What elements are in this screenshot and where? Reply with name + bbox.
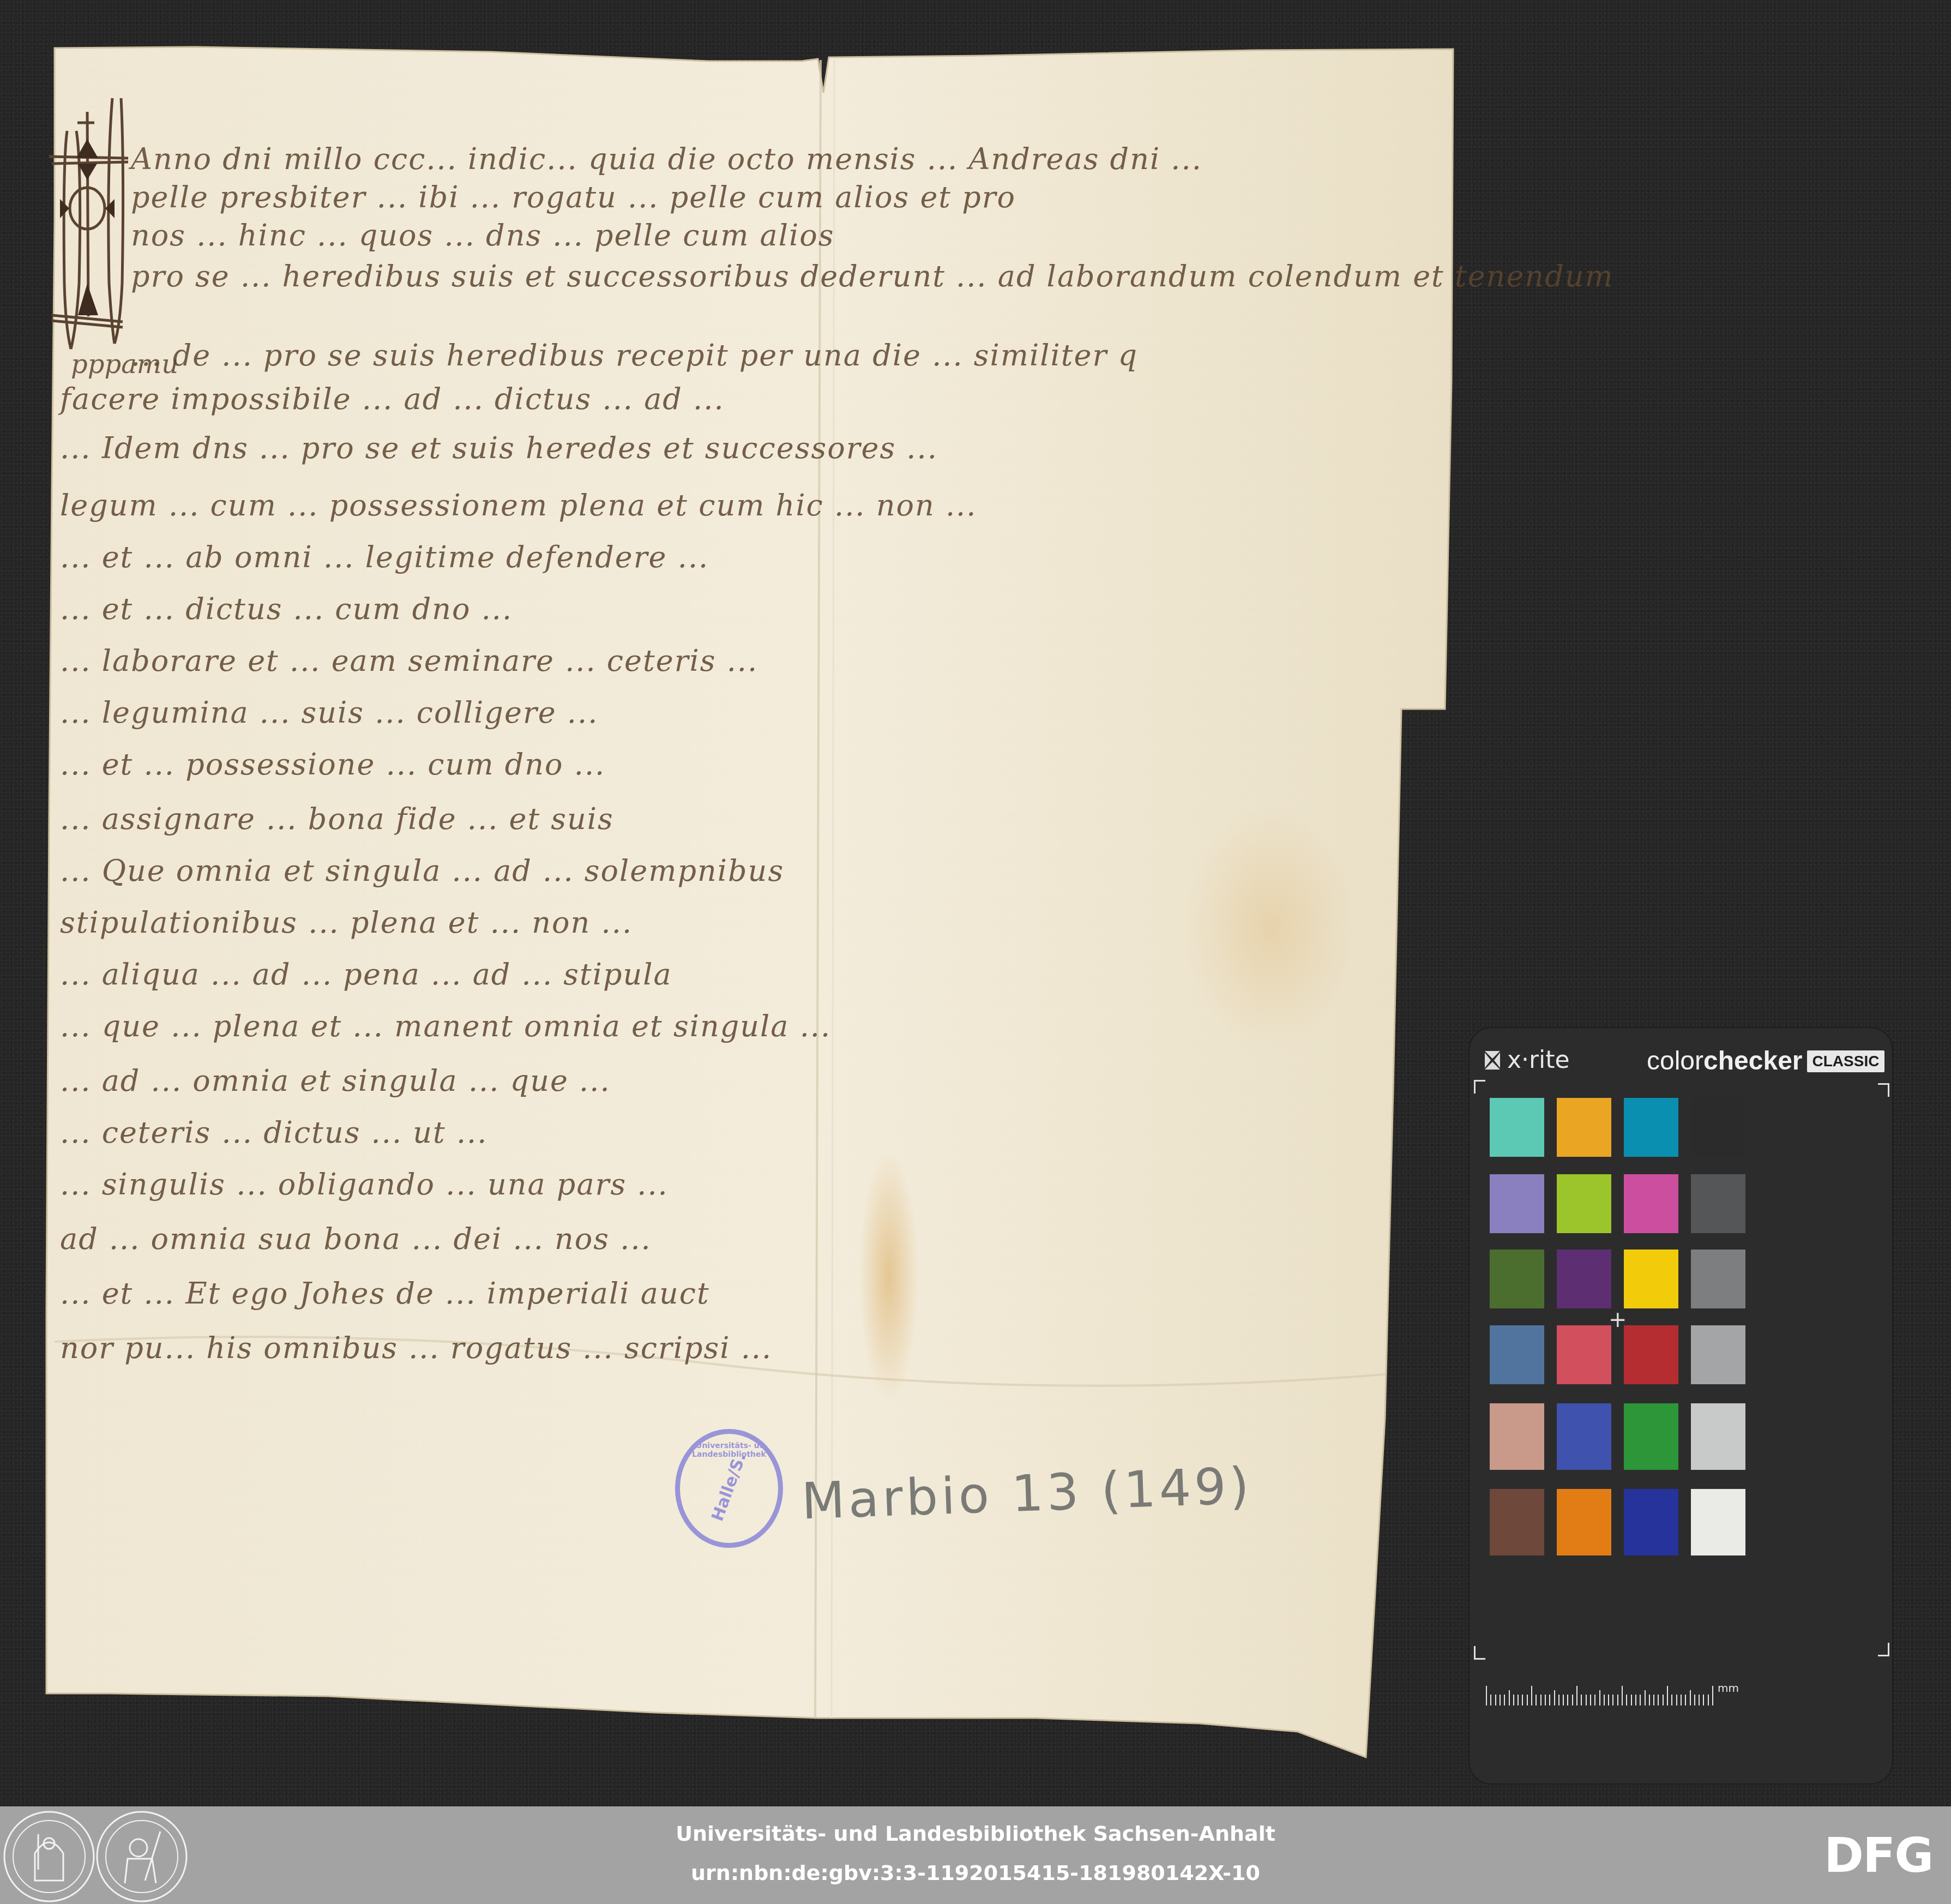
- ruler-tick: [1676, 1695, 1677, 1705]
- ruler-tick: [1658, 1695, 1659, 1705]
- library-stamp: Universitäts- u. Landesbibliothek Halle/…: [675, 1429, 783, 1548]
- color-patch: [1624, 1250, 1678, 1308]
- color-patch: [1490, 1174, 1544, 1233]
- dfg-logo: DFG: [1824, 1831, 1932, 1879]
- text-line: Anno dni millo ccc... indic... quia die …: [131, 142, 1440, 176]
- color-patch: [1557, 1250, 1611, 1308]
- wordmark-color: color: [1647, 1046, 1703, 1076]
- text-line: ... que ... plena et ... manent omnia et…: [60, 1009, 831, 1043]
- ruler-tick: [1640, 1695, 1641, 1705]
- ruler-tick: [1518, 1695, 1519, 1705]
- crosshair-icon: +: [1609, 1309, 1627, 1331]
- ruler-tick: [1540, 1695, 1541, 1705]
- ruler-tick: [1635, 1695, 1636, 1705]
- ruler-tick: [1500, 1695, 1501, 1705]
- color-patch: [1624, 1489, 1678, 1555]
- ruler-tick: [1527, 1695, 1528, 1705]
- ruler-tick: [1622, 1686, 1623, 1705]
- ruler-tick: [1563, 1695, 1564, 1705]
- color-patch: [1691, 1489, 1745, 1555]
- ruler-tick: [1581, 1695, 1582, 1705]
- ruler-tick: [1612, 1695, 1613, 1705]
- text-line: ... et ... dictus ... cum dno ...: [60, 592, 513, 626]
- color-patch: [1624, 1403, 1678, 1470]
- ruler-tick: [1549, 1695, 1550, 1705]
- text-line: ... assignare ... bona fide ... et suis: [60, 802, 614, 836]
- ruler-tick: [1631, 1695, 1632, 1705]
- color-patch: [1490, 1250, 1544, 1308]
- ruler-tick: [1535, 1695, 1537, 1705]
- ruler-tick: [1667, 1686, 1668, 1705]
- ruler-tick: [1599, 1690, 1600, 1705]
- ruler-tick: [1558, 1695, 1559, 1705]
- ruler-tick: [1586, 1695, 1587, 1705]
- ruler-tick: [1522, 1695, 1523, 1705]
- stamp-ring-text: Universitäts- u. Landesbibliothek: [680, 1441, 778, 1459]
- color-patch: [1691, 1403, 1745, 1470]
- text-line: ... de ... pro se suis heredibus recepit…: [131, 338, 1138, 373]
- ruler-tick: [1681, 1695, 1682, 1705]
- text-line: ... Idem dns ... pro se et suis heredes …: [60, 431, 938, 465]
- ruler-tick: [1545, 1695, 1546, 1705]
- ruler-tick: [1576, 1686, 1577, 1705]
- color-patch: [1557, 1403, 1611, 1470]
- text-line: stipulationibus ... plena et ... non ...: [60, 905, 633, 940]
- color-patch: [1490, 1403, 1544, 1470]
- footer-institution: Universitäts- und Landesbibliothek Sachs…: [0, 1822, 1951, 1846]
- ruler-tick: [1604, 1695, 1605, 1705]
- footer-band: [0, 1806, 1951, 1904]
- text-line: ... ceteris ... dictus ... ut ...: [60, 1115, 487, 1150]
- ruler-tick: [1572, 1695, 1573, 1705]
- color-patch: [1557, 1489, 1611, 1555]
- text-line: legum ... cum ... possessionem plena et …: [60, 488, 977, 522]
- color-patch: [1490, 1325, 1544, 1384]
- ruler-tick: [1486, 1686, 1487, 1705]
- xrite-logo-icon: [1483, 1049, 1502, 1071]
- ruler-tick: [1504, 1695, 1505, 1705]
- text-line: ... singulis ... obligando ... una pars …: [60, 1167, 669, 1202]
- ruler-tick: [1694, 1695, 1695, 1705]
- ruler-tick: [1712, 1686, 1713, 1705]
- color-patch: [1624, 1174, 1678, 1233]
- classic-badge: CLASSIC: [1807, 1050, 1885, 1072]
- corner-mark-icon: [1878, 1643, 1889, 1656]
- ruler-tick: [1663, 1695, 1664, 1705]
- color-patch: [1557, 1174, 1611, 1233]
- xrite-wordmark: x·rite: [1507, 1046, 1570, 1074]
- color-patch: [1624, 1098, 1678, 1157]
- ruler-tick: [1690, 1690, 1691, 1705]
- ruler-tick: [1490, 1695, 1491, 1705]
- ruler-tick: [1590, 1695, 1591, 1705]
- text-line: pro se ... heredibus suis et successorib…: [131, 259, 1614, 293]
- corner-mark-icon: [1474, 1646, 1485, 1660]
- ruler-tick: [1626, 1695, 1627, 1705]
- ruler-tick: [1567, 1695, 1568, 1705]
- ruler-tick: [1685, 1695, 1686, 1705]
- text-line: ... aliqua ... ad ... pena ... ad ... st…: [60, 957, 672, 992]
- color-patch: [1691, 1325, 1745, 1384]
- text-line: ... legumina ... suis ... colligere ...: [60, 695, 598, 730]
- ruler-tick: [1703, 1695, 1704, 1705]
- color-patch: [1691, 1098, 1745, 1157]
- text-line: facere impossibile ... ad ... dictus ...…: [60, 382, 725, 416]
- ruler-tick: [1708, 1695, 1709, 1705]
- text-line: ... et ... possessione ... cum dno ...: [60, 747, 605, 782]
- corner-mark-icon: [1474, 1080, 1485, 1094]
- corner-mark-icon: [1878, 1083, 1889, 1097]
- color-patch: [1490, 1098, 1544, 1157]
- ruler-tick: [1554, 1690, 1555, 1705]
- text-line: nor pu... his omnibus ... rogatus ... sc…: [60, 1331, 772, 1365]
- text-line: ... et ... Et ego Johes de ... imperiali…: [60, 1276, 710, 1311]
- text-line: ad ... omnia sua bona ... dei ... nos ..…: [60, 1222, 652, 1256]
- margin-note: pppamu: [71, 349, 178, 380]
- color-patch: [1557, 1325, 1611, 1384]
- text-line: ... ad ... omnia et singula ... que ...: [60, 1064, 611, 1098]
- ruler-tick: [1594, 1695, 1595, 1705]
- ruler-tick: [1617, 1695, 1618, 1705]
- ruler-tick: [1608, 1695, 1609, 1705]
- ruler-tick: [1671, 1695, 1672, 1705]
- text-line: nos ... hinc ... quos ... dns ... pelle …: [131, 218, 835, 253]
- text-line: ... et ... ab omni ... legitime defender…: [60, 540, 709, 574]
- color-patch: [1691, 1174, 1745, 1233]
- xrite-brand: x·rite: [1483, 1046, 1570, 1074]
- ruler-tick: [1513, 1695, 1514, 1705]
- mm-ruler: [1486, 1683, 1715, 1705]
- ruler-tick: [1699, 1695, 1700, 1705]
- text-line: ... Que omnia et singula ... ad ... sole…: [60, 854, 784, 888]
- ruler-tick: [1645, 1690, 1646, 1705]
- footer-urn: urn:nbn:de:gbv:3:3-1192015415-181980142X…: [0, 1861, 1951, 1885]
- ruler-unit-label: mm: [1718, 1681, 1739, 1695]
- ruler-tick: [1509, 1690, 1510, 1705]
- ruler-tick: [1653, 1695, 1654, 1705]
- text-line: ... laborare et ... eam seminare ... cet…: [60, 644, 758, 678]
- wordmark-checker: checker: [1703, 1046, 1802, 1076]
- ruler-tick: [1531, 1686, 1532, 1705]
- color-patch: [1691, 1250, 1745, 1308]
- colorchecker-wordmark: color checker CLASSIC: [1647, 1046, 1884, 1076]
- color-patch: [1490, 1489, 1544, 1555]
- color-patch: [1557, 1098, 1611, 1157]
- color-patch: [1624, 1325, 1678, 1384]
- ruler-tick: [1649, 1695, 1650, 1705]
- text-line: pelle presbiter ... ibi ... rogatu ... p…: [131, 180, 1016, 214]
- ruler-tick: [1495, 1695, 1496, 1705]
